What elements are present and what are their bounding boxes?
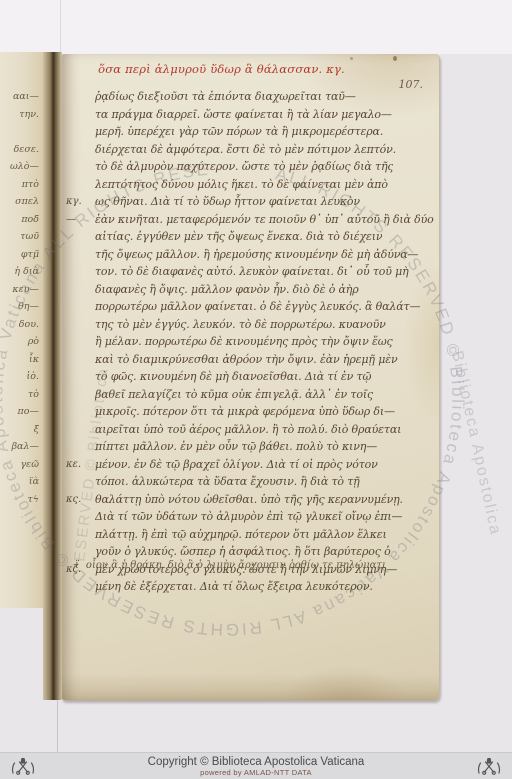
manuscript-line-text: αἰτίας. ἐγγύθεν μὲν τῆς ὄψεως ἕνεκα. διὰ… [95,228,382,246]
manuscript-line: Διὰ τί τῶν ὑδάτων τὸ ἁλμυρὸν ἐπὶ τῷ γλυκ… [95,508,435,526]
manuscript-line-text: διέρχεται δὲ ἀμφότερα. ἔστι δὲ τὸ μὲν πό… [95,141,396,159]
ink-speck [350,57,353,60]
manuscript-line-text: αιρεῖται ὑπὸ τοῦ ἀέρος μᾶλλον. ἢ τὸ πολύ… [95,421,401,439]
facing-page-fragment: ωλὸ— [0,158,39,176]
margin-chapter-number: κγ. [66,193,82,211]
facing-page-fragment: δου. [0,316,39,334]
manuscript-line: τόποι. ἁλυκώτερα τὰ ὕδατα ἔχουσιν. ἢ διὰ… [95,473,435,491]
marginal-note-line: ϊοἷον ἃ ἡ θρᾴκη. διὸ ἃ ὁ λιμὴν ἄρχουσιν … [75,560,386,571]
facing-page-fragment: φτμ̃ [0,246,39,264]
manuscript-line: πορρωτέρω μᾶλλον φαίνεται. ὁ δὲ ἐγγὺς λε… [95,298,435,316]
manuscript-line-text: τὸ δὲ ἁλμυρὸν παχύτερον. ὥστε τὸ μὲν ῥᾳδ… [95,158,393,176]
manuscript-line: τῆς ὄψεως μᾶλλον. ἢ ἠρεμούσης κινουμένην… [95,246,435,264]
manuscript-line-text: μερῆ. ὑπερέχει γὰρ τῶν πόρων τὰ ἢ μικρομ… [95,123,383,141]
margin-chapter-number: — [66,211,76,229]
facing-page-fragment: γεῶ [0,456,39,474]
manuscript-line: ῥᾳδίως διεξιοῦσι τὰ ἐπιόντα διαχωρεῖται … [95,88,435,106]
manuscript-line-text: καὶ τὸ διαμικρύνεσθαι ἀθρόον τὴν ὄψιν. ἐ… [95,351,398,369]
manuscript-line: —ἐὰν κινῆται. μεταφερόμενόν τε ποιοῦν θ᾽… [95,211,435,229]
facing-page-fragment [0,508,39,526]
facing-page-fragment: ἰὸ. [0,368,39,386]
vatican-emblem-left [10,756,36,777]
manuscript-line: πλάττῃ. ἢ ἐπὶ τῷ αὐχμηρῷ. πότερον ὅτι μᾶ… [95,526,435,544]
vatican-emblem-right [476,756,502,777]
manuscript-line: πίπτει μᾶλλον. ἐν μὲν οὖν τῷ βάθει. πολὺ… [95,438,435,456]
manuscript-line-text: ῥᾳδίως διεξιοῦσι τὰ ἐπιόντα διαχωρεῖται … [95,88,356,106]
manuscript-scan-viewer: ααι—την.δεσε.ωλὸ—πτὸσπελποδ̃τωῦφτμ̃ἡ διὰ… [0,0,512,779]
manuscript-line: αἰτίας. ἐγγύθεν μὲν τῆς ὄψεως ἕνεκα. διὰ… [95,228,435,246]
manuscript-line: τα πράγμα διαρρεῖ. ὥστε φαίνεται ἢ τὰ λί… [95,106,435,124]
margin-chapter-number: κς. [66,491,81,509]
manuscript-line-text: τῆς ὄψεως μᾶλλον. ἢ ἠρεμούσης κινουμένην… [95,246,418,264]
facing-page-fragment: ϊὰ [0,473,39,491]
manuscript-line: λεπτότητος δύνου μόλις ἥκει. τὸ δὲ φαίνε… [95,176,435,194]
facing-page-fragment: πο— [0,403,39,421]
facing-page-fragment: την. [0,106,39,124]
facing-page-fragment: κευ— [0,281,39,299]
facing-page-fragment: ἷκ [0,351,39,369]
facing-page-fragment [0,526,39,544]
manuscript-line: κς.θαλάττῃ ὑπὸ νότου ὠθεῖσθαι. ὑπὸ τῆς γ… [95,491,435,509]
manuscript-page: ὅσα περὶ ἁλμυροῦ ὕδωρ ἃ θάλασσαν. κγ. 10… [62,54,440,701]
facing-page-fragment: ααι— [0,88,39,106]
mat-seam [60,0,61,54]
manuscript-line: μερῆ. ὑπερέχει γὰρ τῶν πόρων τὰ ἢ μικρομ… [95,123,435,141]
manuscript-line: καὶ τὸ διαμικρύνεσθαι ἀθρόον τὴν ὄψιν. ἐ… [95,351,435,369]
manuscript-line: διαφανὲς ἢ ὄψις. μᾶλλον φανὸν ἦν. διὸ δὲ… [95,281,435,299]
footer-text: Copyright © Biblioteca Apostolica Vatica… [36,756,476,777]
manuscript-line-text: τόποι. ἁλυκώτερα τὰ ὕδατα ἔχουσιν. ἢ διὰ… [95,473,360,491]
manuscript-line: κε.μένον. ἐν δὲ τῷ βραχεῖ ὀλίγον. Διὰ τί… [95,456,435,474]
facing-page-fragment: τϟ [0,491,39,509]
facing-page-fragment: τωῦ [0,228,39,246]
manuscript-line-text: πίπτει μᾶλλον. ἐν μὲν οὖν τῷ βάθει. πολὺ… [95,438,377,456]
facing-page-fragment: σπελ [0,193,39,211]
manuscript-line-text: τον. τὸ δὲ διαφανὲς αὐτό. λευκὸν φαίνετα… [95,263,409,281]
background-mat [0,0,512,54]
manuscript-line-text: πορρωτέρω μᾶλλον φαίνεται. ὁ δὲ ἐγγὺς λε… [95,298,420,316]
manuscript-line-text: τὸ φῶς. κινουμένη δὲ μὴ διανοεῖσθαι. Διὰ… [95,368,371,386]
powered-by-text: powered by AMLAD-NTT DATA [36,769,476,777]
manuscript-line: τὸ δὲ ἁλμυρὸν παχύτερον. ὥστε τὸ μὲν ῥᾳδ… [95,158,435,176]
manuscript-line: μικροῖς. πότερον ὅτι τὰ μικρὰ φερόμενα ὑ… [95,403,435,421]
manuscript-line: ἢ μέλαν. πορρωτέρω δὲ κινουμένης πρὸς τὴ… [95,333,435,351]
facing-page-edge: ααι—την.δεσε.ωλὸ—πτὸσπελποδ̃τωῦφτμ̃ἡ διὰ… [0,52,43,608]
note-text: οἷον ἃ ἡ θρᾴκη. διὸ ἃ ὁ λιμὴν ἄρχουσιν ῥ… [86,560,386,571]
facing-page-fragment: ποδ̃ [0,211,39,229]
rubric-title: ὅσα περὶ ἁλμυροῦ ὕδωρ ἃ θάλασσαν. κγ. [62,62,439,76]
manuscript-line-text: μικροῖς. πότερον ὅτι τὰ μικρὰ φερόμενα ὑ… [95,403,395,421]
watermark-right-column: Biblioteca Apostolica [448,349,504,537]
mat-seam-lower [57,700,58,752]
note-prefix-mark: ϊ [75,560,79,571]
manuscript-line-text: βαθεῖ πελαγίζει τὸ κῦμα οὐκ ἐπιγελᾷ. ἀλλ… [95,386,373,404]
facing-page-fragment: τὸ [0,386,39,404]
manuscript-line-text: λεπτότητος δύνου μόλις ἥκει. τὸ δὲ φαίνε… [95,176,388,194]
manuscript-line: αιρεῖται ὑπὸ τοῦ ἀέρος μᾶλλον. ἢ τὸ πολύ… [95,421,435,439]
facing-page-fragment: δεσε. [0,141,39,159]
facing-page-fragment: ρὸ [0,333,39,351]
manuscript-line: κγ.ως θῆναι. Διὰ τί τὸ ὕδωρ ἧττον φαίνετ… [95,193,435,211]
manuscript-line: γοῦν ὁ γλυκύς. ὥσπερ ἡ ἀσφάλτιος. ἢ ὅτι … [95,543,435,561]
manuscript-line-text: τα πράγμα διαρρεῖ. ὥστε φαίνεται ἢ τὰ λί… [95,106,392,124]
facing-page-fragment: βαλ— [0,438,39,456]
facing-page-fragment: ξ [0,421,39,439]
manuscript-line-text: ως θῆναι. Διὰ τί τὸ ὕδωρ ἧττον φαίνεται … [95,193,360,211]
manuscript-line: βαθεῖ πελαγίζει τὸ κῦμα οὐκ ἐπιγελᾷ. ἀλλ… [95,386,435,404]
manuscript-line: μένη δὲ ἐξέρχεται. Διὰ τί ὅλως ἔξειρα λε… [95,578,435,596]
manuscript-line-text: μένη δὲ ἐξέρχεται. Διὰ τί ὅλως ἔξειρα λε… [95,578,373,596]
manuscript-line: της τὸ μὲν ἐγγύς. λευκόν. τὸ δὲ πορρωτέρ… [95,316,435,334]
manuscript-line: διέρχεται δὲ ἀμφότερα. ἔστι δὲ τὸ μὲν πό… [95,141,435,159]
text-block: ῥᾳδίως διεξιοῦσι τὰ ἐπιόντα διαχωρεῖται … [95,88,435,596]
book-gutter [43,52,62,700]
manuscript-line-text: γοῦν ὁ γλυκύς. ὥσπερ ἡ ἀσφάλτιος. ἢ ὅτι … [95,543,391,561]
copyright-text: Copyright © Biblioteca Apostolica Vatica… [36,756,476,768]
manuscript-line-text: ἐὰν κινῆται. μεταφερόμενόν τε ποιοῦν θ᾽ … [95,211,434,229]
facing-page-fragment [0,123,39,141]
facing-page-fragment: πτὸ [0,176,39,194]
manuscript-line-text: ἢ μέλαν. πορρωτέρω δὲ κινουμένης πρὸς τὴ… [95,333,393,351]
ink-speck [393,56,397,61]
margin-chapter-number: κε. [66,456,81,474]
left-page-fragments: ααι—την.δεσε.ωλὸ—πτὸσπελποδ̃τωῦφτμ̃ἡ διὰ… [0,52,43,543]
manuscript-line-text: πλάττῃ. ἢ ἐπὶ τῷ αὐχμηρῷ. πότερον ὅτι μᾶ… [95,526,387,544]
facing-page-fragment: θη— [0,298,39,316]
manuscript-line: τὸ φῶς. κινουμένη δὲ μὴ διανοεῖσθαι. Διὰ… [95,368,435,386]
manuscript-line-text: Διὰ τί τῶν ὑδάτων τὸ ἁλμυρὸν ἐπὶ τῷ γλυκ… [95,508,402,526]
manuscript-line-text: διαφανὲς ἢ ὄψις. μᾶλλον φανὸν ἦν. διὸ δὲ… [95,281,359,299]
manuscript-line-text: της τὸ μὲν ἐγγύς. λευκόν. τὸ δὲ πορρωτέρ… [95,316,386,334]
manuscript-line-text: μένον. ἐν δὲ τῷ βραχεῖ ὀλίγον. Διὰ τί οἱ… [95,456,378,474]
manuscript-line-text: θαλάττῃ ὑπὸ νότου ὠθεῖσθαι. ὑπὸ τῆς γῆς … [95,491,403,509]
footer-bar: Copyright © Biblioteca Apostolica Vatica… [0,752,512,779]
manuscript-line: τον. τὸ δὲ διαφανὲς αὐτό. λευκὸν φαίνετα… [95,263,435,281]
facing-page-fragment: ἡ διὰ [0,263,39,281]
